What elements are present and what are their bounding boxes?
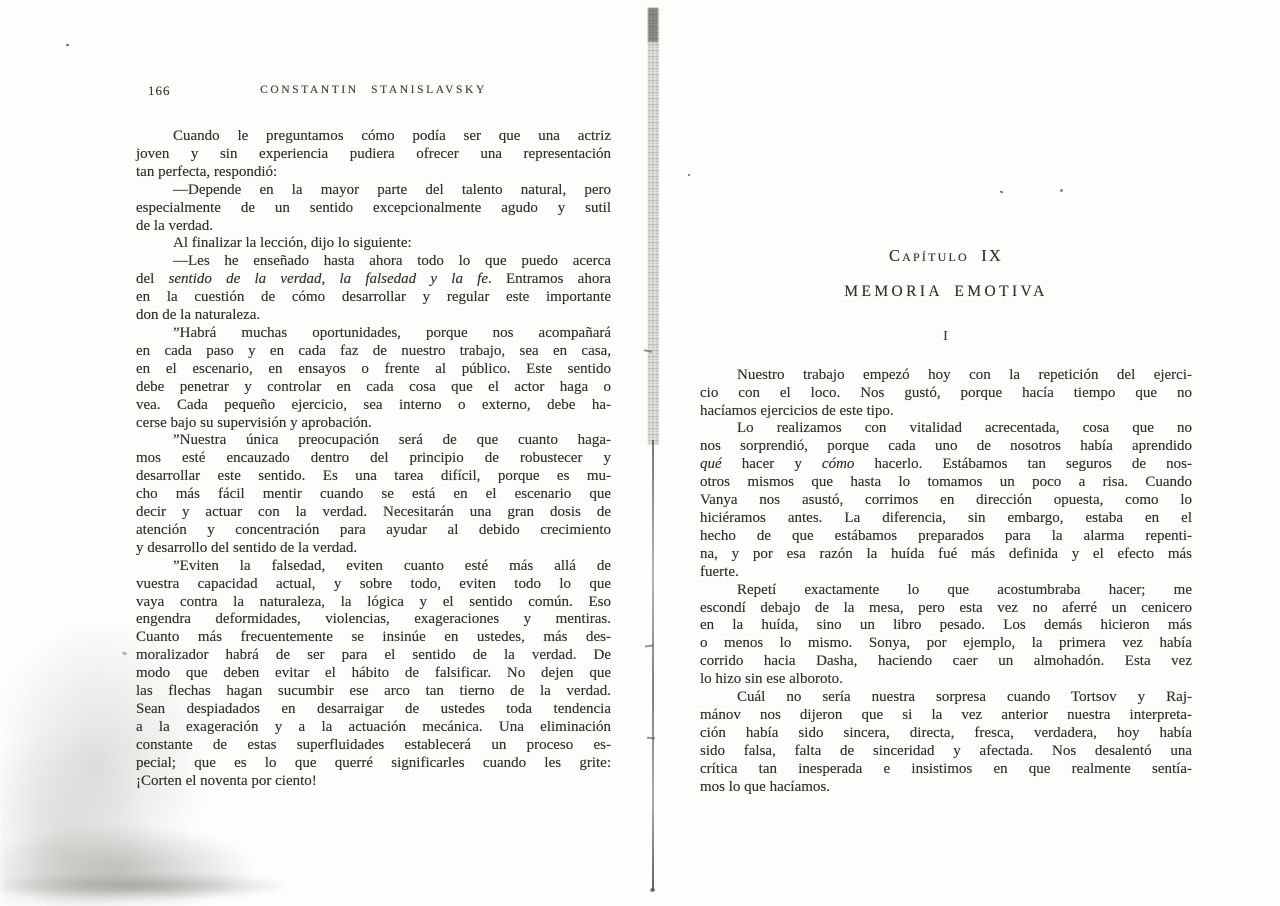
paragraph: Cuál no sería nuestra sorpresa cuando To…: [700, 689, 1192, 796]
text-line: del sentido de la verdad, la falsedad y …: [136, 271, 611, 289]
text-line: desarrollar este sentido. Es una tarea d…: [136, 468, 611, 486]
text-line: vuestra capacidad actual, y sobre todo, …: [136, 576, 611, 594]
scanned-book-spread: 166 CONSTANTIN STANISLAVSKY Cuando le pr…: [0, 0, 1280, 906]
text-line: Cuál no sería nuestra sorpresa cuando To…: [700, 689, 1192, 707]
text-line: en el escenario, en ensayos o frente al …: [136, 361, 611, 379]
text-line: don de la naturaleza.: [136, 307, 611, 325]
text-line: lo hizo sin ese alboroto.: [700, 671, 1192, 689]
text-line: mos lo que hacíamos.: [700, 779, 1192, 797]
text-line: y desarrollo del sentido de la verdad.: [136, 540, 611, 558]
book-gutter-line: [652, 440, 654, 891]
text-line: otros mismos que hasta lo tomamos un poc…: [700, 474, 1192, 492]
text-line: moralizador habrá de ser para el sentido…: [136, 647, 611, 665]
section-number: I: [700, 327, 1192, 345]
text-line: engendra deformidades, violencias, exage…: [136, 611, 611, 629]
paragraph: —Depende en la mayor parte del talento n…: [136, 182, 611, 236]
paragraph: ”Eviten la falsedad, eviten cuanto esté …: [136, 558, 611, 791]
paragraph: Nuestro trabajo empezó hoy con la repeti…: [700, 367, 1192, 421]
text-line: cho más fácil mentir cuando se está en e…: [136, 486, 611, 504]
text-line: pecial; que es lo que querré significarl…: [136, 755, 611, 773]
text-line: hacíamos ejercicios de este tipo.: [700, 403, 1192, 421]
text-line: crítica tan inesperada e insistimos en q…: [700, 761, 1192, 779]
text-line: de la verdad.: [136, 218, 611, 236]
page-header: 166 CONSTANTIN STANISLAVSKY: [136, 82, 611, 98]
text-line: Cuando le preguntamos cómo podía ser que…: [136, 128, 611, 146]
text-line: tan perfecta, respondió:: [136, 164, 611, 182]
text-line: cio con el loco. Nos gustó, porque hacía…: [700, 385, 1192, 403]
text-line: fuerte.: [700, 564, 1192, 582]
text-line: Repetí exactamente lo que acostumbraba h…: [700, 582, 1192, 600]
chapter-label: Capítulo IX: [700, 247, 1192, 265]
text-line: en cada paso y en cada faz de nuestro tr…: [136, 343, 611, 361]
paragraph: Al finalizar la lección, dijo lo siguien…: [136, 235, 611, 253]
text-line: en la huída, sino un libro pesado. Los d…: [700, 617, 1192, 635]
text-line: ”Nuestra única preocupación será de que …: [136, 432, 611, 450]
text-line: a la exageración y a la actuación mecáni…: [136, 719, 611, 737]
text-line: —Les he enseñado hasta ahora todo lo que…: [136, 253, 611, 271]
text-line: hiciéramos antes. La diferencia, sin emb…: [700, 510, 1192, 528]
scan-tick-mark: [647, 737, 655, 740]
text-line: mánov nos dijeron que si la vez anterior…: [700, 707, 1192, 725]
page-body: Nuestro trabajo empezó hoy con la repeti…: [700, 367, 1192, 797]
text-line: atención y concentración para ayudar al …: [136, 522, 611, 540]
text-line: Cuanto más frecuentemente se insinúe en …: [136, 629, 611, 647]
text-line: en la cuestión de cómo desarrollar y reg…: [136, 289, 611, 307]
text-line: hecho de que estábamos preparados para l…: [700, 528, 1192, 546]
right-page: Capítulo IX MEMORIA EMOTIVA I Nuestro tr…: [700, 247, 1192, 796]
page-body: Cuando le preguntamos cómo podía ser que…: [136, 128, 611, 791]
left-page: 166 CONSTANTIN STANISLAVSKY Cuando le pr…: [136, 82, 611, 791]
text-line: vea. Cada pequeño ejercicio, sea interno…: [136, 397, 611, 415]
text-line: debe penetrar y controlar en cada cosa q…: [136, 379, 611, 397]
text-line: ”Habrá muchas oportunidades, porque nos …: [136, 325, 611, 343]
text-line: modo que deben evitar el hábito de falsi…: [136, 665, 611, 683]
text-line: —Depende en la mayor parte del talento n…: [136, 182, 611, 200]
paragraph: ”Nuestra única preocupación será de que …: [136, 432, 611, 557]
text-line: Nuestro trabajo empezó hoy con la repeti…: [700, 367, 1192, 385]
text-line: cerse bajo su supervisión y aprobación.: [136, 415, 611, 433]
paragraph: —Les he enseñado hasta ahora todo lo que…: [136, 253, 611, 325]
scan-speck: [1000, 190, 1004, 193]
page-number: 166: [148, 82, 171, 100]
text-line: qué hacer y cómo hacerlo. Estábamos tan …: [700, 456, 1192, 474]
book-gutter-shadow: [648, 8, 659, 445]
paragraph: Repetí exactamente lo que acostumbraba h…: [700, 582, 1192, 689]
text-line: Sean despiadados en desarraigar de usted…: [136, 701, 611, 719]
text-line: mos esté encauzado dentro del principio …: [136, 450, 611, 468]
text-line: joven y sin experiencia pudiera ofrecer …: [136, 146, 611, 164]
paragraph: ”Habrá muchas oportunidades, porque nos …: [136, 325, 611, 432]
text-line: constante de estas superfluidades establ…: [136, 737, 611, 755]
text-line: corrido hacia Dasha, haciendo caer un al…: [700, 653, 1192, 671]
scan-speck: [66, 44, 69, 46]
scan-speck: [1060, 189, 1063, 192]
text-line: Lo realizamos con vitalidad acrecentada,…: [700, 420, 1192, 438]
text-line: Al finalizar la lección, dijo lo siguien…: [136, 235, 611, 253]
text-line: nos sorprendió, porque cada uno de nosot…: [700, 438, 1192, 456]
text-line: escondí debajo de la mesa, pero esta vez…: [700, 600, 1192, 618]
text-line: o menos lo mismo. Sonya, por ejemplo, la…: [700, 635, 1192, 653]
text-line: sido falsa, falta de sinceridad y afecta…: [700, 743, 1192, 761]
text-line: vaya contra la naturaleza, la lógica y e…: [136, 594, 611, 612]
paragraph: Lo realizamos con vitalidad acrecentada,…: [700, 420, 1192, 581]
text-line: ”Eviten la falsedad, eviten cuanto esté …: [136, 558, 611, 576]
text-line: na, y por esa razón la huída fué más def…: [700, 546, 1192, 564]
chapter-title: MEMORIA EMOTIVA: [700, 283, 1192, 301]
scan-speck: [688, 174, 690, 176]
text-line: Vanya nos asustó, corrimos en dirección …: [700, 492, 1192, 510]
running-header: CONSTANTIN STANISLAVSKY: [136, 82, 611, 100]
book-gutter-end-dot: [650, 888, 655, 892]
text-line: especialmente de un sentido excepcionalm…: [136, 200, 611, 218]
paragraph: Cuando le preguntamos cómo podía ser que…: [136, 128, 611, 182]
text-line: ¡Corten el noventa por ciento!: [136, 773, 611, 791]
text-line: ción había sido sincera, directa, fresca…: [700, 725, 1192, 743]
book-gutter-shadow-top: [648, 8, 658, 42]
text-line: decir y actuar con la verdad. Necesitará…: [136, 504, 611, 522]
text-line: las flechas hagan sucumbir ese arco tan …: [136, 683, 611, 701]
